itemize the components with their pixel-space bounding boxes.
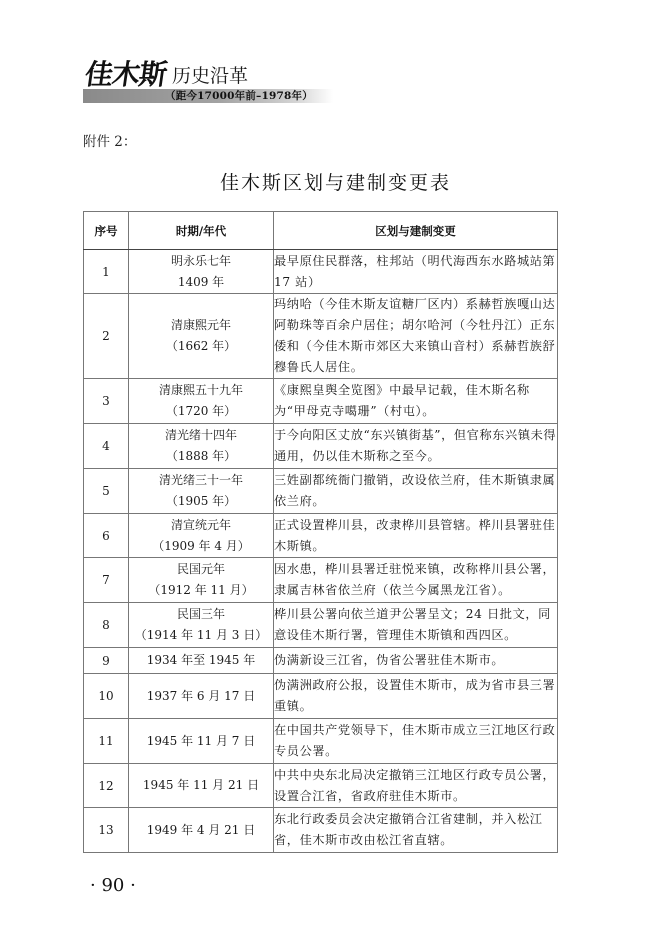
table-row: 1明永乐七年1409 年最早原住民群落，柱邦站（明代海西东水路城站第17 站） bbox=[84, 250, 558, 294]
table-row: 2清康熙元年（1662 年）玛纳哈（今佳木斯友谊糖厂区内）系赫哲族嘎山达阿勒珠等… bbox=[84, 294, 558, 379]
period-line: 民国元年 bbox=[129, 559, 273, 580]
table-row: 111945 年 11 月 7 日在中国共产党领导下，佳木斯市成立三江地区行政专… bbox=[84, 719, 558, 764]
period-line: （1914 年 11 月 3 日） bbox=[129, 625, 273, 646]
row-number: 4 bbox=[84, 424, 129, 469]
running-head: 佳木斯 历史沿革 （距今17000年前–1978年） bbox=[83, 58, 343, 106]
attachment-label: 附件 2： bbox=[83, 133, 136, 151]
table-row: 131949 年 4 月 21 日东北行政委员会决定撤销合江省建制，并入松江省，… bbox=[84, 808, 558, 853]
period-line: 1945 年 11 月 7 日 bbox=[129, 731, 273, 752]
row-period: 明永乐七年1409 年 bbox=[129, 250, 274, 294]
row-number: 2 bbox=[84, 294, 129, 379]
row-change: 《康熙皇舆全览图》中最早记载，佳木斯名称为“甲母克寺噶珊”（村屯）。 bbox=[274, 379, 558, 424]
row-period: 清宣统元年（1909 年 4 月） bbox=[129, 514, 274, 558]
table-row: 5清光绪三十一年（1905 年）三姓副都统衙门撤销，改设依兰府，佳木斯镇隶属依兰… bbox=[84, 469, 558, 514]
row-period: 清光绪三十一年（1905 年） bbox=[129, 469, 274, 514]
row-period: 清光绪十四年（1888 年） bbox=[129, 424, 274, 469]
period-line: 民国三年 bbox=[129, 604, 273, 625]
period-line: （1909 年 4 月） bbox=[129, 536, 273, 557]
period-line: 1934 年至 1945 年 bbox=[129, 650, 273, 671]
row-number: 3 bbox=[84, 379, 129, 424]
row-period: 民国三年（1914 年 11 月 3 日） bbox=[129, 603, 274, 648]
row-change: 在中国共产党领导下，佳木斯市成立三江地区行政专员公署。 bbox=[274, 719, 558, 764]
period-line: 清康熙元年 bbox=[129, 315, 273, 336]
document-title: 佳木斯区划与建制变更表 bbox=[0, 171, 661, 195]
header-no: 序号 bbox=[84, 212, 129, 250]
row-number: 1 bbox=[84, 250, 129, 294]
row-period: 清康熙五十九年（1720 年） bbox=[129, 379, 274, 424]
period-line: 清光绪三十一年 bbox=[129, 470, 273, 491]
running-head-title: 历史沿革 bbox=[172, 65, 248, 87]
period-line: 清光绪十四年 bbox=[129, 425, 273, 446]
row-number: 8 bbox=[84, 603, 129, 648]
row-change: 桦川县公署向依兰道尹公署呈文；24 日批文，同意设佳木斯行署，管理佳木斯镇和西四… bbox=[274, 603, 558, 648]
period-line: （1905 年） bbox=[129, 491, 273, 512]
running-head-brand: 佳木斯 bbox=[83, 58, 169, 92]
period-line: 清康熙五十九年 bbox=[129, 380, 273, 401]
row-number: 6 bbox=[84, 514, 129, 558]
row-number: 12 bbox=[84, 764, 129, 808]
row-period: 1945 年 11 月 21 日 bbox=[129, 764, 274, 808]
period-line: 清宣统元年 bbox=[129, 515, 273, 536]
row-change: 三姓副都统衙门撤销，改设依兰府，佳木斯镇隶属依兰府。 bbox=[274, 469, 558, 514]
row-change: 伪满洲政府公报，设置佳木斯市，成为省市县三署重镇。 bbox=[274, 674, 558, 719]
row-number: 5 bbox=[84, 469, 129, 514]
table-row: 101937 年 6 月 17 日伪满洲政府公报，设置佳木斯市，成为省市县三署重… bbox=[84, 674, 558, 719]
table-row: 6清宣统元年（1909 年 4 月）正式设置桦川县，改隶桦川县管辖。桦川县署驻佳… bbox=[84, 514, 558, 558]
row-change: 伪满新设三江省，伪省公署驻佳木斯市。 bbox=[274, 648, 558, 674]
period-line: （1662 年） bbox=[129, 336, 273, 357]
row-change: 玛纳哈（今佳木斯友谊糖厂区内）系赫哲族嘎山达阿勒珠等百余户居住；胡尔哈河（今牡丹… bbox=[274, 294, 558, 379]
header-period: 时期/年代 bbox=[129, 212, 274, 250]
table-row: 7民国元年（1912 年 11 月）因水患，桦川县署迁驻悦来镇，改称桦川县公署，… bbox=[84, 558, 558, 603]
row-period: 清康熙元年（1662 年） bbox=[129, 294, 274, 379]
table-row: 121945 年 11 月 21 日中共中央东北局决定撤销三江地区行政专员公署，… bbox=[84, 764, 558, 808]
row-change: 正式设置桦川县，改隶桦川县管辖。桦川县署驻佳木斯镇。 bbox=[274, 514, 558, 558]
table-row: 3清康熙五十九年（1720 年）《康熙皇舆全览图》中最早记载，佳木斯名称为“甲母… bbox=[84, 379, 558, 424]
row-change: 于今向阳区丈放“东兴镇街基”，但官称东兴镇未得通用，仍以佳木斯称之至今。 bbox=[274, 424, 558, 469]
period-line: 1409 年 bbox=[129, 272, 273, 293]
header-change: 区划与建制变更 bbox=[274, 212, 558, 250]
table-row: 91934 年至 1945 年伪满新设三江省，伪省公署驻佳木斯市。 bbox=[84, 648, 558, 674]
period-line: 1949 年 4 月 21 日 bbox=[129, 820, 273, 841]
table-body: 1明永乐七年1409 年最早原住民群落，柱邦站（明代海西东水路城站第17 站）2… bbox=[84, 250, 558, 853]
table-row: 8民国三年（1914 年 11 月 3 日）桦川县公署向依兰道尹公署呈文；24 … bbox=[84, 603, 558, 648]
period-line: （1912 年 11 月） bbox=[129, 580, 273, 601]
page-number: · 90 · bbox=[90, 875, 136, 896]
period-line: 明永乐七年 bbox=[129, 251, 273, 272]
row-change: 中共中央东北局决定撤销三江地区行政专员公署，设置合江省，省政府驻佳木斯市。 bbox=[274, 764, 558, 808]
row-number: 13 bbox=[84, 808, 129, 853]
table-header-row: 序号 时期/年代 区划与建制变更 bbox=[84, 212, 558, 250]
row-period: 民国元年（1912 年 11 月） bbox=[129, 558, 274, 603]
row-number: 9 bbox=[84, 648, 129, 674]
period-line: （1888 年） bbox=[129, 446, 273, 467]
period-line: （1720 年） bbox=[129, 401, 273, 422]
row-period: 1945 年 11 月 7 日 bbox=[129, 719, 274, 764]
period-line: 1937 年 6 月 17 日 bbox=[129, 686, 273, 707]
row-number: 11 bbox=[84, 719, 129, 764]
row-period: 1937 年 6 月 17 日 bbox=[129, 674, 274, 719]
row-number: 10 bbox=[84, 674, 129, 719]
row-period: 1949 年 4 月 21 日 bbox=[129, 808, 274, 853]
running-head-subtitle: （距今17000年前–1978年） bbox=[165, 89, 313, 103]
division-change-table: 序号 时期/年代 区划与建制变更 1明永乐七年1409 年最早原住民群落，柱邦站… bbox=[83, 211, 558, 853]
row-number: 7 bbox=[84, 558, 129, 603]
table-row: 4清光绪十四年（1888 年）于今向阳区丈放“东兴镇街基”，但官称东兴镇未得通用… bbox=[84, 424, 558, 469]
row-change: 最早原住民群落，柱邦站（明代海西东水路城站第17 站） bbox=[274, 250, 558, 294]
document-title-text: 佳木斯区划与建制变更表 bbox=[220, 172, 451, 194]
row-change: 因水患，桦川县署迁驻悦来镇，改称桦川县公署，隶属吉林省依兰府（依兰今属黑龙江省）… bbox=[274, 558, 558, 603]
row-change: 东北行政委员会决定撤销合江省建制，并入松江省，佳木斯市改由松江省直辖。 bbox=[274, 808, 558, 853]
row-period: 1934 年至 1945 年 bbox=[129, 648, 274, 674]
period-line: 1945 年 11 月 21 日 bbox=[129, 775, 273, 796]
